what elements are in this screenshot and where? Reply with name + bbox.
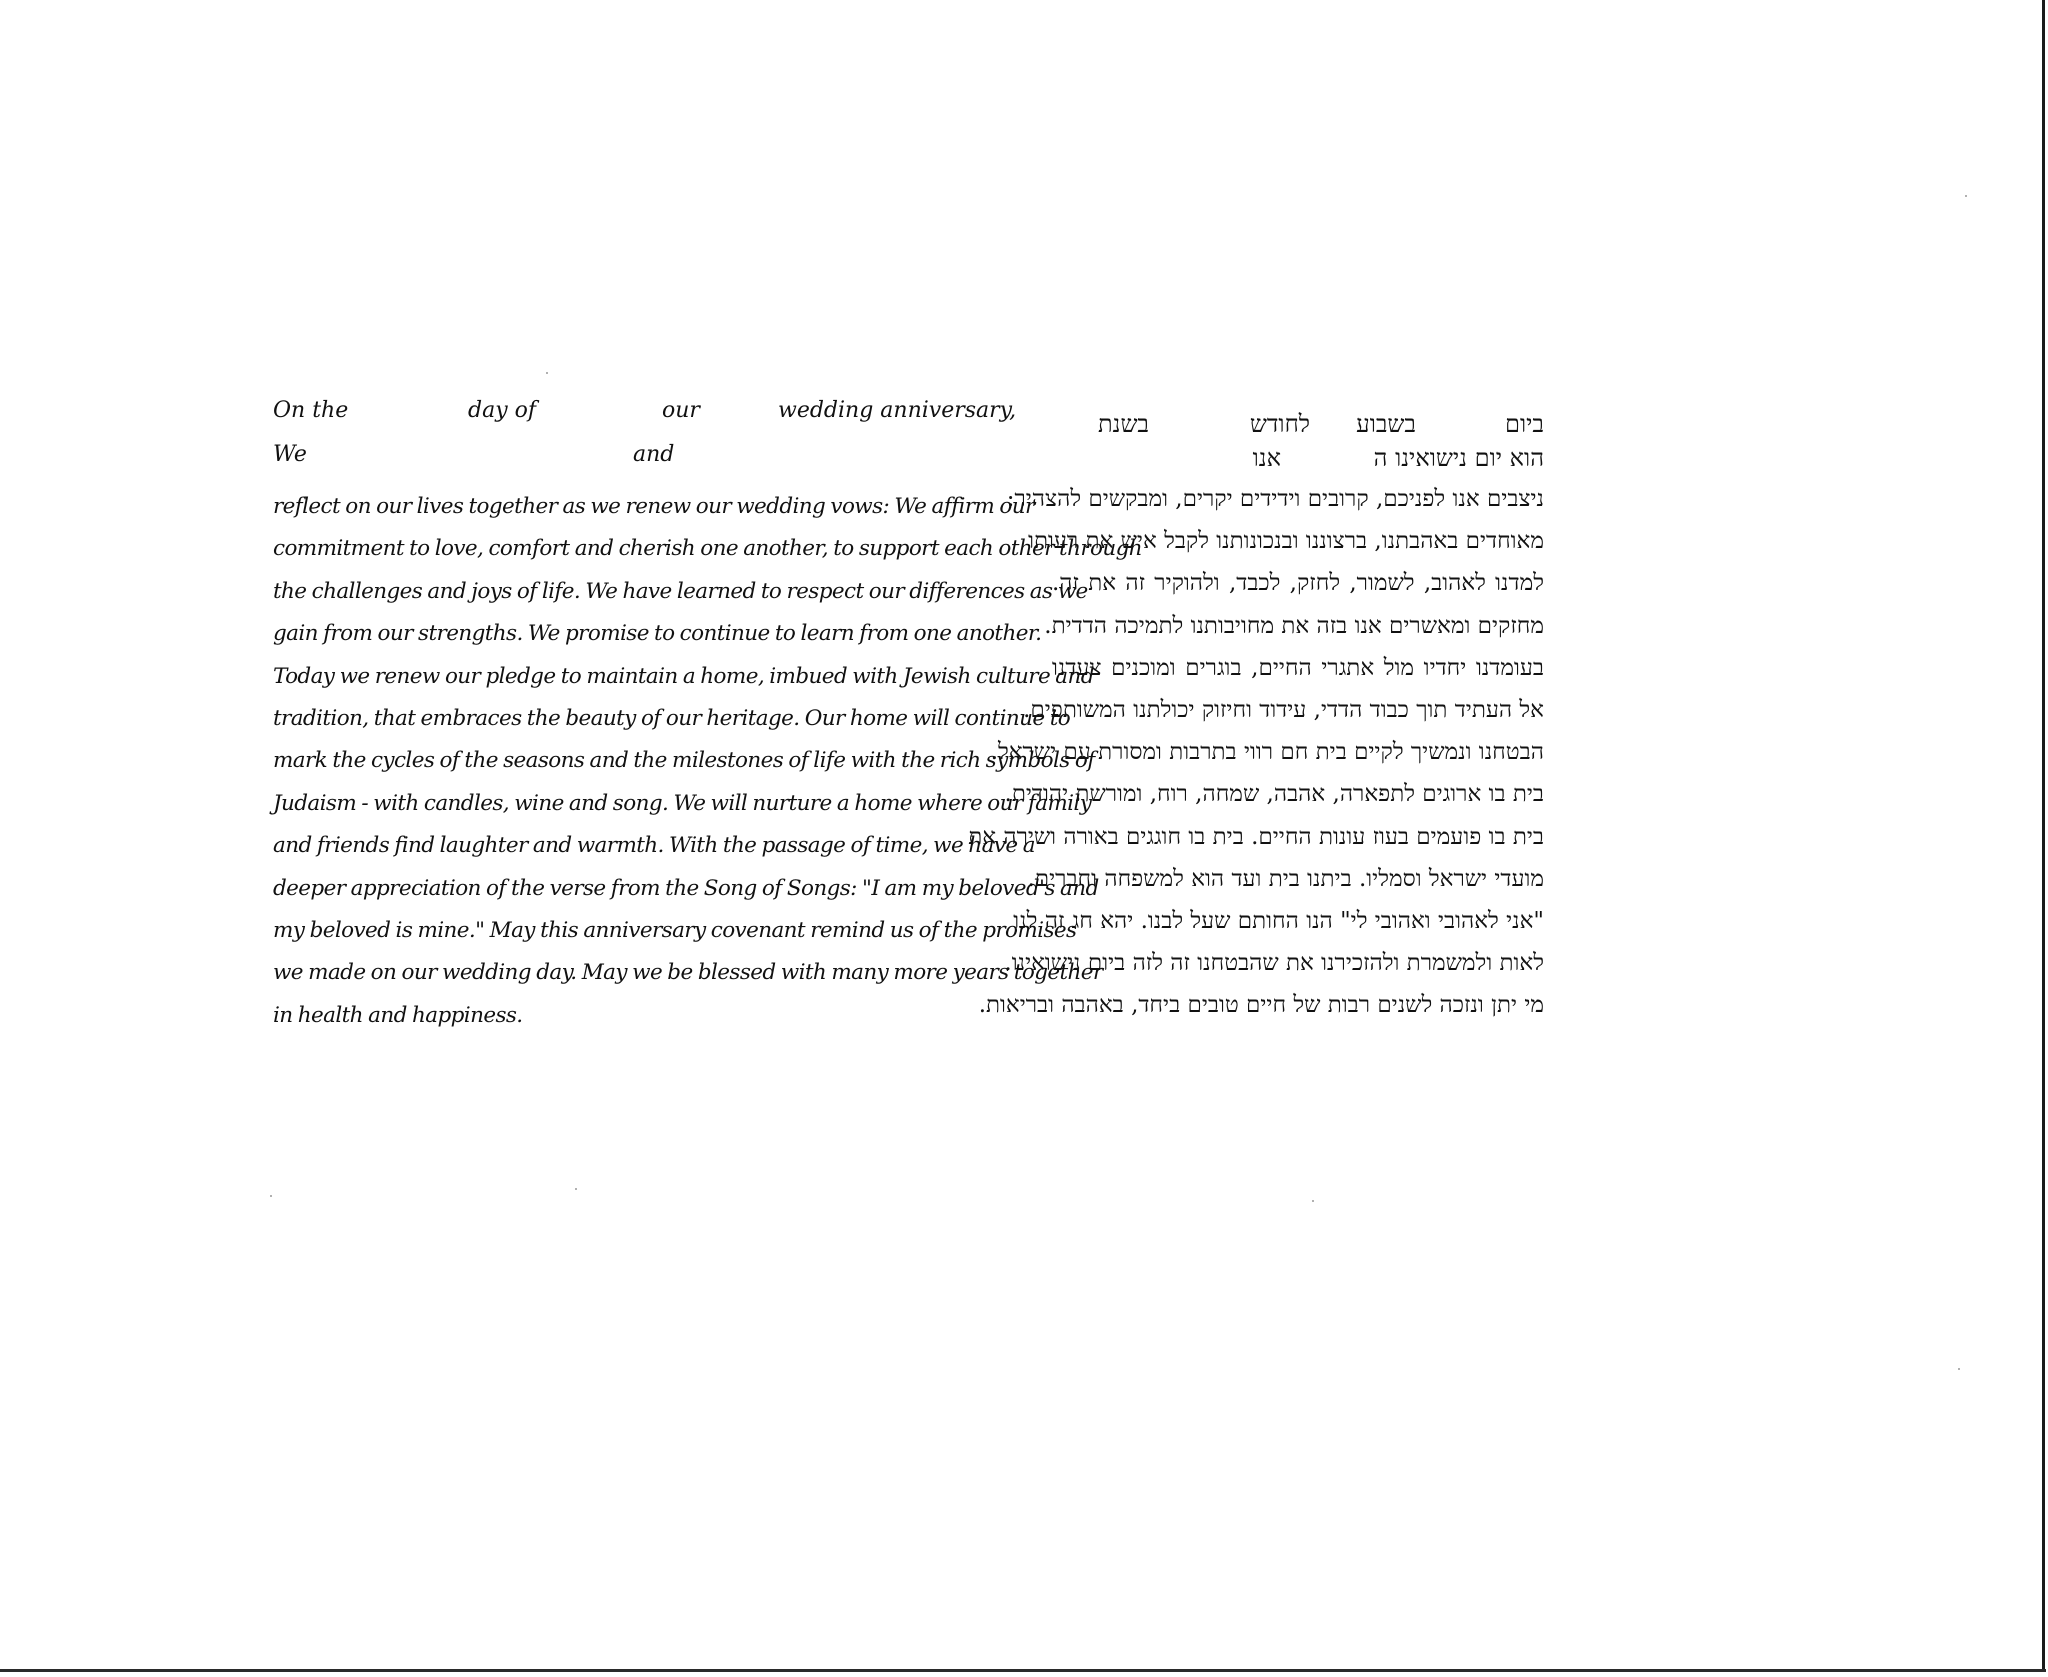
hebrew-line: "אני לאהובי ואהובי לי" הנו החותם שעל לבנ… [1052, 900, 1544, 942]
english-text-column: On the day of our wedding anniversary, W… [273, 398, 1003, 1037]
english-line: deeper appreciation of the verse from th… [273, 868, 1003, 910]
hebrew-line: אל העתיד תוך כבוד הדדי, עידוד וחיזוק יכו… [1052, 689, 1544, 731]
page-right-edge [2042, 0, 2045, 1672]
hebrew-line: מאוחדים באהבתנו, ברצוננו ובנכונותנו לקבל… [1052, 520, 1544, 562]
english-line: reflect on our lives together as we rene… [273, 486, 1003, 528]
english-line: gain from our strengths. We promise to c… [273, 613, 1003, 655]
hebrew-line: ניצבים אנו לפניכם, קרובים וידידים יקרים,… [1052, 478, 1544, 520]
english-line: the challenges and joys of life. We have… [273, 571, 1003, 613]
hebrew-line: מועדי ישראל וסמליו. ביתנו בית ועד הוא למ… [1052, 858, 1544, 900]
scan-speck [1958, 1368, 1960, 1370]
hebrew-anu: אנו [1253, 444, 1281, 473]
english-line: Judaism - with candles, wine and song. W… [273, 783, 1003, 825]
scan-speck [575, 1188, 577, 1190]
english-line: mark the cycles of the seasons and the m… [273, 740, 1003, 782]
english-line: commitment to love, comfort and cherish … [273, 528, 1003, 570]
hebrew-l-chodesh: לחודש [1250, 410, 1310, 439]
hebrew-b-yom: ביום [1505, 410, 1544, 439]
hebrew-b-shnat: בשנת [1098, 410, 1149, 439]
scan-speck [1312, 1200, 1314, 1202]
english-line: my beloved is mine." May this anniversar… [273, 910, 1003, 952]
english-line: we made on our wedding day. May we be bl… [273, 952, 1003, 994]
english-line: Today we renew our pledge to maintain a … [273, 656, 1003, 698]
hebrew-text-column: ביום בשבוע לחודש בשנת הוא יום נישואינו ה… [1052, 410, 1544, 1027]
english-line: and friends find laughter and warmth. Wi… [273, 825, 1003, 867]
hebrew-header-line-2: הוא יום נישואינו ה אנו [1052, 444, 1544, 478]
scan-speck [270, 1195, 272, 1197]
english-and: and [633, 442, 674, 467]
english-vow-paragraph: reflect on our lives together as we rene… [273, 486, 1003, 1037]
english-on-the: On the [273, 398, 348, 423]
english-wedding-anniversary: wedding anniversary, [778, 398, 1016, 423]
english-day-of: day of [468, 398, 536, 423]
hebrew-line: בעומדנו יחדיו מול אתגרי החיים, בוגרים ומ… [1052, 647, 1544, 689]
hebrew-b-shavua: בשבוע [1356, 410, 1416, 439]
hebrew-line: לאות ולמשמרת ולהזכירנו את שהבטחנו זה לזה… [1052, 942, 1544, 984]
hebrew-line: מחזקים ומאשרים אנו בזה את מחויבותנו לתמי… [1052, 605, 1544, 647]
english-line: tradition, that embraces the beauty of o… [273, 698, 1003, 740]
english-header-line-1: On the day of our wedding anniversary, [273, 398, 1003, 442]
hebrew-line: מי יתן ונזכה לשנים רבות של חיים טובים בי… [1052, 984, 1544, 1026]
scan-speck [1965, 195, 1967, 197]
hebrew-line: למדנו לאהוב, לשמור, לחזק, לכבד, ולהוקיר … [1052, 562, 1544, 604]
english-line: in health and happiness. [273, 995, 1003, 1037]
hebrew-line: בית בו פועמים בעוז עונות החיים. בית בו ח… [1052, 816, 1544, 858]
hebrew-header-line-1: ביום בשבוע לחודש בשנת [1052, 410, 1544, 444]
english-our: our [662, 398, 700, 423]
scan-speck [546, 372, 548, 374]
page-bottom-edge [0, 1669, 2046, 1672]
english-header-line-2: We and [273, 442, 1003, 486]
hebrew-vow-paragraph: ניצבים אנו לפניכם, קרובים וידידים יקרים,… [1052, 478, 1544, 1027]
hebrew-hu-yom: הוא יום נישואינו ה [1374, 444, 1544, 473]
hebrew-line: הבטחנו ונמשיך לקיים בית חם רווי בתרבות ו… [1052, 731, 1544, 773]
english-we: We [273, 442, 307, 467]
hebrew-line: בית בו ארוגים לתפארה, אהבה, שמחה, רוח, ו… [1052, 773, 1544, 815]
